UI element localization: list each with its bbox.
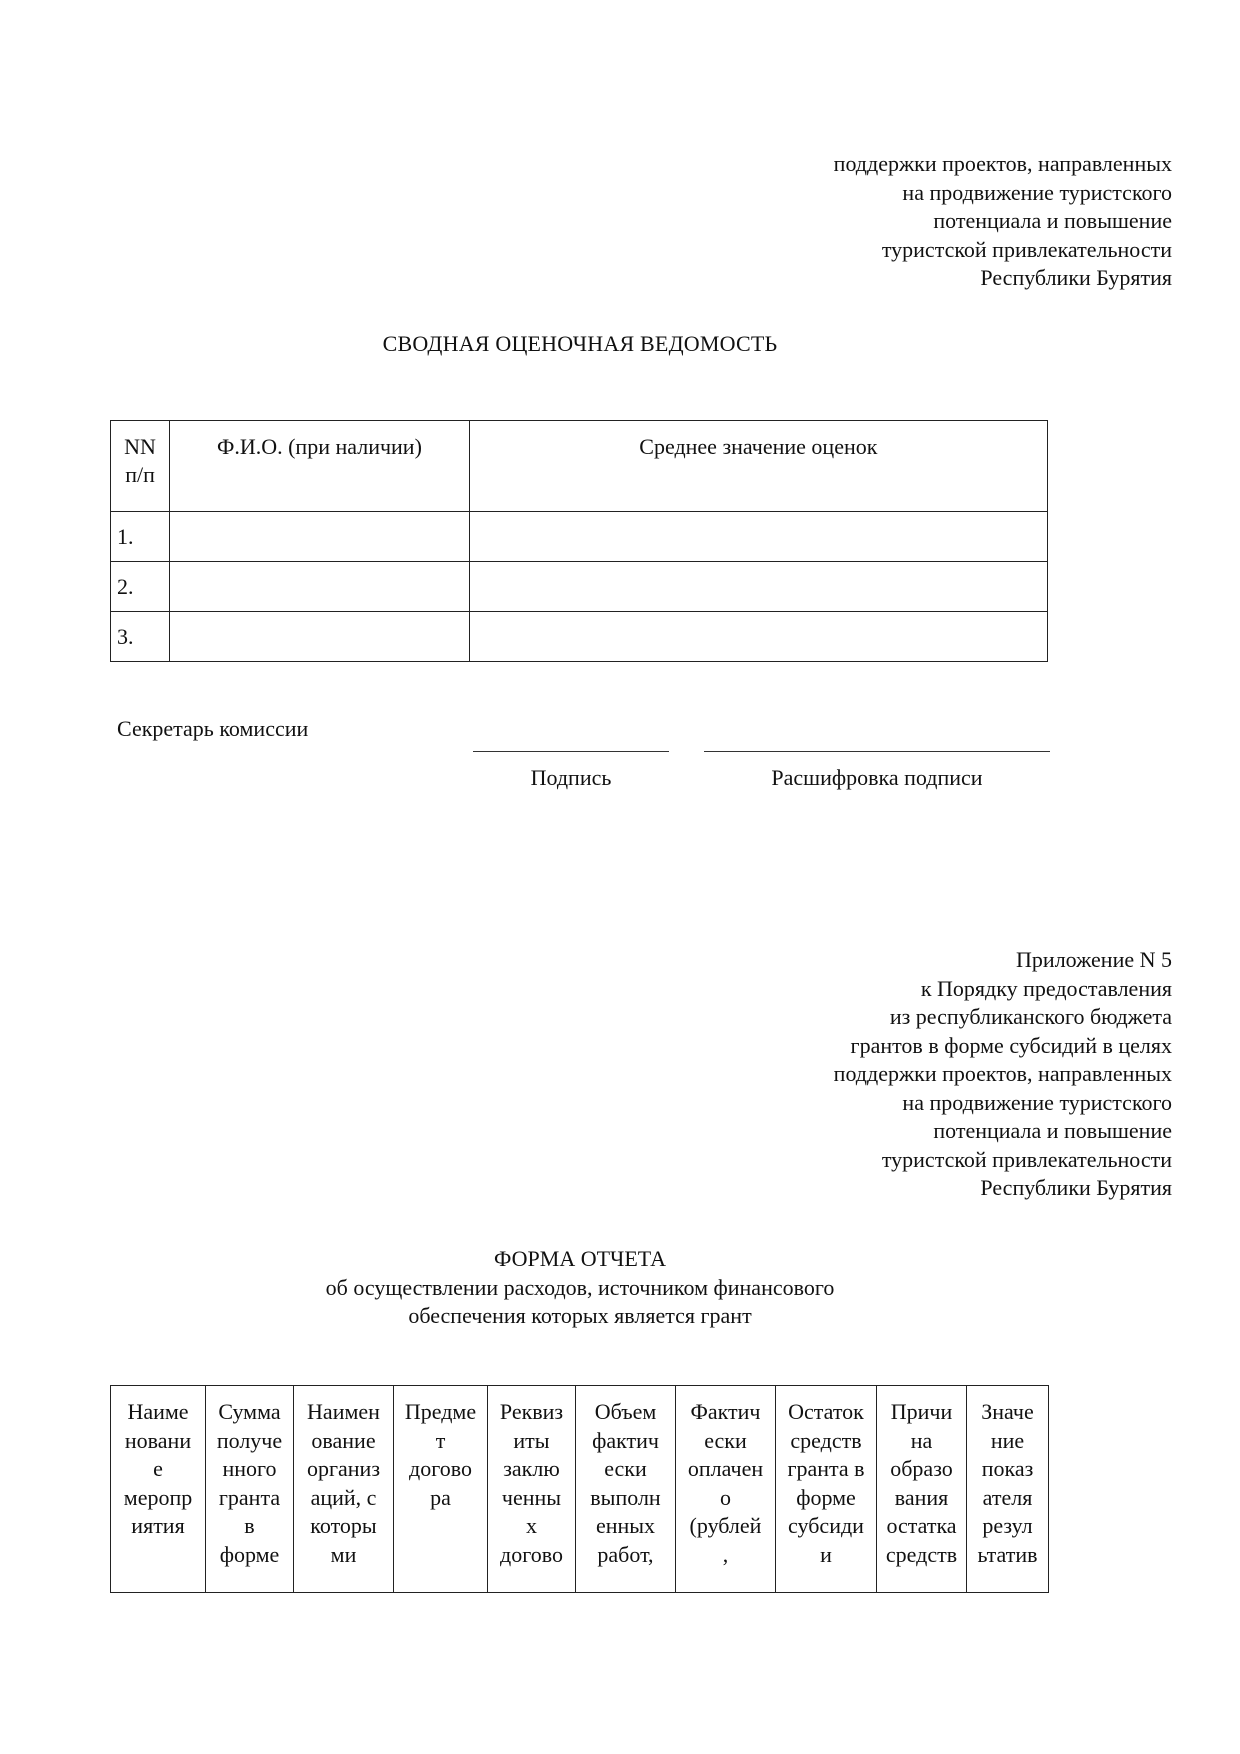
header-line: Республики Бурятия bbox=[834, 264, 1172, 293]
row-fullname bbox=[170, 512, 470, 562]
header-cell-line: Остаток bbox=[776, 1398, 876, 1427]
header-cell-line: организ bbox=[294, 1455, 393, 1484]
header-cell-line: которы bbox=[294, 1512, 393, 1541]
row-number: 3. bbox=[111, 612, 170, 662]
header-cell-line: и bbox=[776, 1541, 876, 1570]
table-row: 1. bbox=[111, 512, 1048, 562]
signature-line bbox=[473, 751, 669, 752]
header-cell-line: фактич bbox=[576, 1427, 675, 1456]
secretary-label: Секретарь комиссии bbox=[117, 716, 308, 742]
header-cell-line: Наимен bbox=[294, 1398, 393, 1427]
header-cell-line: субсиди bbox=[776, 1512, 876, 1541]
table-row: 3. bbox=[111, 612, 1048, 662]
header-cell-line: енных bbox=[576, 1512, 675, 1541]
header-cell-line: гранта bbox=[206, 1484, 293, 1513]
header-number: NN п/п bbox=[111, 421, 170, 512]
report-form-title: ФОРМА ОТЧЕТА bbox=[0, 1245, 1160, 1274]
header-line: на продвижение туристского bbox=[834, 179, 1172, 208]
header-cell-line: Объем bbox=[576, 1398, 675, 1427]
signature-label: Подпись bbox=[473, 765, 669, 791]
report-form-subtitle-line: об осуществлении расходов, источником фи… bbox=[0, 1274, 1160, 1303]
header-cell-line: форме bbox=[206, 1541, 293, 1570]
header-cell-line: работ, bbox=[576, 1541, 675, 1570]
header-line: туристской привлекательности bbox=[834, 236, 1172, 265]
report-header-cell: Наименованиеорганизаций, скоторыми bbox=[294, 1386, 394, 1593]
row-number: 1. bbox=[111, 512, 170, 562]
appendix-line: из республиканского бюджета bbox=[834, 1003, 1172, 1032]
header-cell-line: заклю bbox=[488, 1455, 575, 1484]
header-cell-line: ателя bbox=[967, 1484, 1048, 1513]
appendix-line: к Порядку предоставления bbox=[834, 975, 1172, 1004]
header-cell-line: Фактич bbox=[676, 1398, 775, 1427]
report-header-cell: Предметдоговора bbox=[394, 1386, 488, 1593]
header-cell-line: Наиме bbox=[111, 1398, 205, 1427]
header-cell-line: на bbox=[877, 1427, 966, 1456]
header-cell-line: ние bbox=[967, 1427, 1048, 1456]
row-fullname bbox=[170, 562, 470, 612]
report-form-subtitle-line: обеспечения которых является грант bbox=[0, 1302, 1160, 1331]
table-header-row: НаименованиемероприятияСуммаполученногог… bbox=[111, 1386, 1049, 1593]
header-cell-line: вания bbox=[877, 1484, 966, 1513]
appendix-line: поддержки проектов, направленных bbox=[834, 1060, 1172, 1089]
signature-decoding-label: Расшифровка подписи bbox=[704, 765, 1050, 791]
header-cell-line: новани bbox=[111, 1427, 205, 1456]
header-line: поддержки проектов, направленных bbox=[834, 150, 1172, 179]
header-cell-line: меропр bbox=[111, 1484, 205, 1513]
row-average-score bbox=[469, 612, 1047, 662]
header-cell-line: , bbox=[676, 1541, 775, 1570]
header-cell-line: форме bbox=[776, 1484, 876, 1513]
header-cell-line: х bbox=[488, 1512, 575, 1541]
report-form-heading: ФОРМА ОТЧЕТА об осуществлении расходов, … bbox=[0, 1245, 1160, 1331]
header-average-score: Среднее значение оценок bbox=[469, 421, 1047, 512]
report-table: НаименованиемероприятияСуммаполученногог… bbox=[110, 1385, 1049, 1593]
table-header-row: NN п/п Ф.И.О. (при наличии) Среднее знач… bbox=[111, 421, 1048, 512]
report-header-cell: Реквизитызаключенныхдогово bbox=[488, 1386, 576, 1593]
summary-table: NN п/п Ф.И.О. (при наличии) Среднее знач… bbox=[110, 420, 1048, 662]
row-average-score bbox=[469, 512, 1047, 562]
header-cell-line: образо bbox=[877, 1455, 966, 1484]
table-row: 2. bbox=[111, 562, 1048, 612]
header-cell-line: Сумма bbox=[206, 1398, 293, 1427]
header-cell-line: в bbox=[206, 1512, 293, 1541]
report-header-cell: Наименованиемероприятия bbox=[111, 1386, 206, 1593]
header-cell-line: ование bbox=[294, 1427, 393, 1456]
header-fullname: Ф.И.О. (при наличии) bbox=[170, 421, 470, 512]
header-cell-line: ески bbox=[676, 1427, 775, 1456]
header-cell-line: догово bbox=[394, 1455, 487, 1484]
header-cell-line: Предме bbox=[394, 1398, 487, 1427]
header-cell-line: Значе bbox=[967, 1398, 1048, 1427]
appendix-header-block: Приложение N 5 к Порядку предоставления … bbox=[834, 946, 1172, 1203]
appendix-line: Республики Бурятия bbox=[834, 1174, 1172, 1203]
appendix-line: туристской привлекательности bbox=[834, 1146, 1172, 1175]
report-header-cell: Значениепоказателярезультатив bbox=[967, 1386, 1049, 1593]
header-cell-line: (рублей bbox=[676, 1512, 775, 1541]
header-cell-line: получе bbox=[206, 1427, 293, 1456]
report-header-cell: Объемфактическивыполненныхработ, bbox=[576, 1386, 676, 1593]
header-cell-line: ьтатив bbox=[967, 1541, 1048, 1570]
header-cell-line: иятия bbox=[111, 1512, 205, 1541]
header-cell-line: Реквиз bbox=[488, 1398, 575, 1427]
header-cell-line: ми bbox=[294, 1541, 393, 1570]
summary-sheet-title: СВОДНАЯ ОЦЕНОЧНАЯ ВЕДОМОСТЬ bbox=[0, 331, 1160, 357]
header-cell-line: средств bbox=[877, 1541, 966, 1570]
report-header-cell: Остатоксредствгранта вформесубсидии bbox=[776, 1386, 877, 1593]
header-cell-line: гранта в bbox=[776, 1455, 876, 1484]
header-cell-line: ески bbox=[576, 1455, 675, 1484]
header-cell-line: выполн bbox=[576, 1484, 675, 1513]
header-cell-line: т bbox=[394, 1427, 487, 1456]
header-cell-line: о bbox=[676, 1484, 775, 1513]
row-number: 2. bbox=[111, 562, 170, 612]
row-fullname bbox=[170, 612, 470, 662]
header-cell-line: Причи bbox=[877, 1398, 966, 1427]
header-cell-line: аций, с bbox=[294, 1484, 393, 1513]
header-line: потенциала и повышение bbox=[834, 207, 1172, 236]
header-cell-line: оплачен bbox=[676, 1455, 775, 1484]
header-cell-line: ра bbox=[394, 1484, 487, 1513]
report-header-cell: Суммаполученногогрантавформе bbox=[206, 1386, 294, 1593]
report-header-cell: Причинаобразованияостаткасредств bbox=[877, 1386, 967, 1593]
report-header-cell: Фактическиоплачено(рублей, bbox=[676, 1386, 776, 1593]
row-average-score bbox=[469, 562, 1047, 612]
appendix-line: на продвижение туристского bbox=[834, 1089, 1172, 1118]
top-header-block: поддержки проектов, направленных на прод… bbox=[834, 150, 1172, 293]
header-cell-line: остатка bbox=[877, 1512, 966, 1541]
header-cell-line: резул bbox=[967, 1512, 1048, 1541]
appendix-line: потенциала и повышение bbox=[834, 1117, 1172, 1146]
appendix-line: Приложение N 5 bbox=[834, 946, 1172, 975]
header-cell-line: нного bbox=[206, 1455, 293, 1484]
header-cell-line: е bbox=[111, 1455, 205, 1484]
header-cell-line: средств bbox=[776, 1427, 876, 1456]
appendix-line: грантов в форме субсидий в целях bbox=[834, 1032, 1172, 1061]
header-cell-line: иты bbox=[488, 1427, 575, 1456]
header-cell-line: показ bbox=[967, 1455, 1048, 1484]
signature-decoding-line bbox=[704, 751, 1050, 752]
header-cell-line: догово bbox=[488, 1541, 575, 1570]
header-cell-line: ченны bbox=[488, 1484, 575, 1513]
